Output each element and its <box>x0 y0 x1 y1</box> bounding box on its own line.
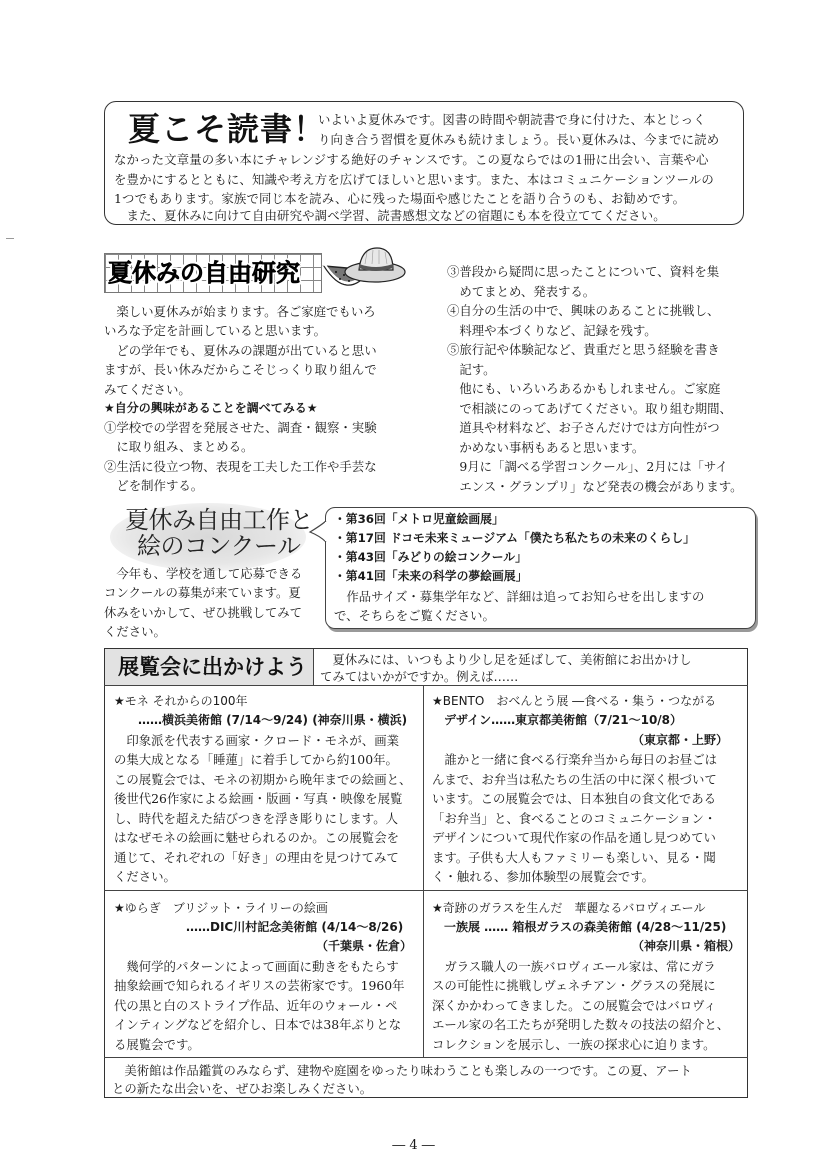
exhibit-venue: 一族展 …… 箱根ガラスの森美術館 (4/28～11/25) <box>432 918 726 938</box>
exhibit-body-line: 代の黒と白のストライプ作品、近年のウォール・ペ <box>114 996 398 1016</box>
exhibit-body-line: 深くかかわってきました。この展覧会ではバロヴィ <box>432 996 716 1016</box>
divider <box>104 890 748 891</box>
exhibit-body-line: 幾何学的パターンによって画面に動きをもたらす <box>114 957 399 977</box>
exhibit-heading: ★モネ それからの100年 <box>114 692 247 712</box>
contest-intro-line: コンクールの募集が来ています。夏 <box>104 583 301 603</box>
exhibit-body-line: く・触れる、参加体験型の展覧会です。 <box>432 867 654 887</box>
exhibit-location: （神奈川県・箱根） <box>632 937 740 957</box>
reading-line: り向き合う習慣を夏休みも続けましょう。長い夏休みは、今までに読め <box>318 130 719 150</box>
research-closing-line: 道具や材料など、お子さんだけでは方向性がつ <box>447 418 720 438</box>
research-item-2-cont: どを制作する。 <box>104 476 203 496</box>
reading-title: 夏こそ読書！ <box>128 109 326 149</box>
exhibit-body-line: はなぜモネの絵画に魅せられるのか。この展覧会を <box>114 828 399 848</box>
speech-bubble-tail <box>308 520 328 544</box>
research-closing-line: 他にも、いろいろあるかもしれません。ご家庭 <box>447 379 720 399</box>
research-item-5-cont: 記す。 <box>447 360 496 380</box>
exhibit-heading: ★ゆらぎ ブリジット・ライリーの絵画 <box>114 899 328 919</box>
exhibit-body-line: 印象派を代表する画家・クロード・モネが、画業 <box>114 731 399 751</box>
exhibit-body-line: 誰かと一緒に食べる行楽弁当から毎日のお昼ごは <box>432 750 717 770</box>
research-intro-line: 楽しい夏休みが始まります。各ご家庭でもいろ <box>104 302 376 322</box>
contest-item: ・第36回「メトロ児童絵画展」 <box>334 510 504 529</box>
exhibit-body-line: ます。子供も大人もファミリーも楽しい、見る・聞 <box>432 848 716 868</box>
research-intro-line: どの学年でも、夏休みの課題が出ていると思い <box>104 341 377 361</box>
exhibit-body-line: 抽象絵画で知られるイギリスの芸術家です。1960年 <box>114 976 405 996</box>
research-intro-line: みてください。 <box>104 380 191 400</box>
exhibit-title: 展覧会に出かけよう <box>118 651 307 683</box>
contest-item: ・第43回「みどりの絵コンクール」 <box>334 548 527 567</box>
exhibit-body-line: スの可能性に挑戦しヴェネチアン・グラスの発展に <box>432 976 716 996</box>
exhibit-body-line: デザインについて現代作家の作品を通し見つめてい <box>432 828 716 848</box>
contest-item: ・第17回 ドコモ未来ミュージアム「僕たち私たちの未来のくらし」 <box>334 529 695 548</box>
reading-line: また、夏休みに向けて自由研究や調べ学習、読書感想文などの宿題にも本を役立ててくだ… <box>114 206 666 226</box>
contest-note-line: で、そちらをご覧ください。 <box>334 606 495 625</box>
divider <box>104 1057 748 1058</box>
research-item-3: ③普段から疑問に思ったことについて、資料を集 <box>447 262 719 282</box>
contest-item: ・第41回「未来の科学の夢絵画展」 <box>334 567 527 586</box>
exhibit-body-line: この展覧会では、モネの初期から晩年までの絵画と、 <box>114 770 411 790</box>
exhibit-body-line: います。この展覧会では、日本独自の食文化である <box>432 789 716 809</box>
research-intro-line: ますが、長い休みだからこそじっくり取り組んで <box>104 360 377 380</box>
exhibit-body-line: コレクションを展示し、一族の探求心に迫ります。 <box>432 1035 716 1055</box>
contest-title-line-1: 夏休み自由工作と <box>125 506 313 534</box>
exhibit-heading: ★BENTO おべんとう展 ―食べる・集う・つながる <box>432 692 716 712</box>
margin-mark <box>6 238 14 239</box>
contest-intro-line: 休みをいかして、ぜひ挑戦してみて <box>104 603 302 623</box>
reading-line: を豊かにするとともに、知識や考え方を広げてほしいと思います。また、本はコミュニケ… <box>114 170 714 190</box>
exhibit-body-line: 後世代26作家による絵画・版画・写真・映像を展覧 <box>114 789 402 809</box>
exhibit-body-line: の集大成となる「睡蓮」に着手してから約100年。 <box>114 750 398 770</box>
exhibit-body-line: んまで、お弁当は私たちの生活の中に深く根づいて <box>432 770 717 790</box>
research-item-1-cont: に取り組み、まとめる。 <box>104 437 253 457</box>
exhibit-closing-line: との新たな出会いを、ぜひお楽しみください。 <box>112 1080 372 1098</box>
exhibit-body-line: ください。 <box>114 867 176 887</box>
research-closing-line: で相談にのってあげてください。取り組む期間、 <box>447 399 732 419</box>
exhibit-location: （東京都・上野） <box>632 731 728 751</box>
exhibit-location: （千葉県・佐倉） <box>316 937 412 957</box>
research-closing-line: 9月に「調べる学習コンクール」、2月には「サイ <box>447 457 728 477</box>
research-item-1: ①学校での学習を発展させた、調査・観察・実験 <box>104 418 377 438</box>
exhibit-venue: デザイン……東京都美術館（7/21～10/8） <box>432 711 682 731</box>
research-subheading: ★自分の興味があることを調べてみる★ <box>104 399 318 419</box>
divider <box>104 685 748 686</box>
research-intro-line: いろな予定を計画していると思います。 <box>104 321 326 341</box>
exhibit-body-line: 通じて、それぞれの「好き」の理由を見つけてみて <box>114 848 399 868</box>
exhibit-body-line: る展覧会です。 <box>114 1035 200 1055</box>
research-item-4-cont: 料理や本づくりなど、記録を残す。 <box>447 321 657 341</box>
exhibit-intro-line: てみてはいかがですか。例えば…… <box>320 668 518 686</box>
research-item-2: ②生活に役立つ物、表現を工夫した工作や手芸な <box>104 457 377 477</box>
research-item-4: ④自分の生活の中で、興味のあることに挑戦し、 <box>447 301 719 321</box>
exhibit-body-line: インティングなどを紹介し、日本では38年ぶりとな <box>114 1015 401 1035</box>
exhibit-body-line: エール家の名工たちが発明した数々の技法の紹介と、 <box>432 1015 729 1035</box>
exhibit-body-line: 「お弁当」と、食べることのコミュニケーション・ <box>432 809 716 829</box>
contest-intro-line: 今年も、学校を通して応募できる <box>104 564 302 584</box>
exhibit-venue: ……DIC川村記念美術館 (4/14～8/26) <box>186 918 403 938</box>
research-title: 夏休みの自由研究 <box>108 254 300 292</box>
exhibit-body-line: し、時代を超えた結びつきを浮き彫りにします。人 <box>114 809 398 829</box>
exhibit-closing-line: 美術館は作品鑑賞のみならず、建物や庭園をゆったり味わうことも楽しみの一つです。こ… <box>112 1062 692 1080</box>
page-number: ― 4 ― <box>0 1138 827 1153</box>
research-closing-line: エンス・グランプリ」など発表の機会があります。 <box>447 477 743 497</box>
exhibit-heading: ★奇跡のガラスを生んだ 華麗なるバロヴィエール <box>432 899 705 919</box>
research-item-3-cont: めてまとめ、発表する。 <box>447 282 595 302</box>
contest-intro-line: ください。 <box>104 622 166 642</box>
straw-hat-icon <box>343 244 407 284</box>
divider <box>423 685 424 1057</box>
contest-note-line: 作品サイズ・募集学年など、詳細は追ってお知らせを出しますの <box>334 587 704 606</box>
contest-title-line-2: 絵のコンクール <box>137 532 301 560</box>
exhibit-intro-line: 夏休みには、いつもより少し足を延ばして、美術館にお出かけし <box>320 651 691 669</box>
research-item-5: ⑤旅行記や体験記など、貴重だと思う経験を書き <box>447 340 720 360</box>
exhibit-body-line: ガラス職人の一族バロヴィエール家は、常にガラ <box>432 957 716 977</box>
reading-line: いよいよ夏休みです。図書の時間や朝読書で身に付けた、本とじっく <box>318 110 706 130</box>
reading-line: なかった文章量の多い本にチャレンジする絶好のチャンスです。この夏ならではの1冊に… <box>114 150 709 170</box>
research-closing-line: かめない事柄もあると思います。 <box>447 438 644 458</box>
exhibit-venue: ……横浜美術館 (7/14～9/24) (神奈川県・横浜) <box>114 711 407 731</box>
